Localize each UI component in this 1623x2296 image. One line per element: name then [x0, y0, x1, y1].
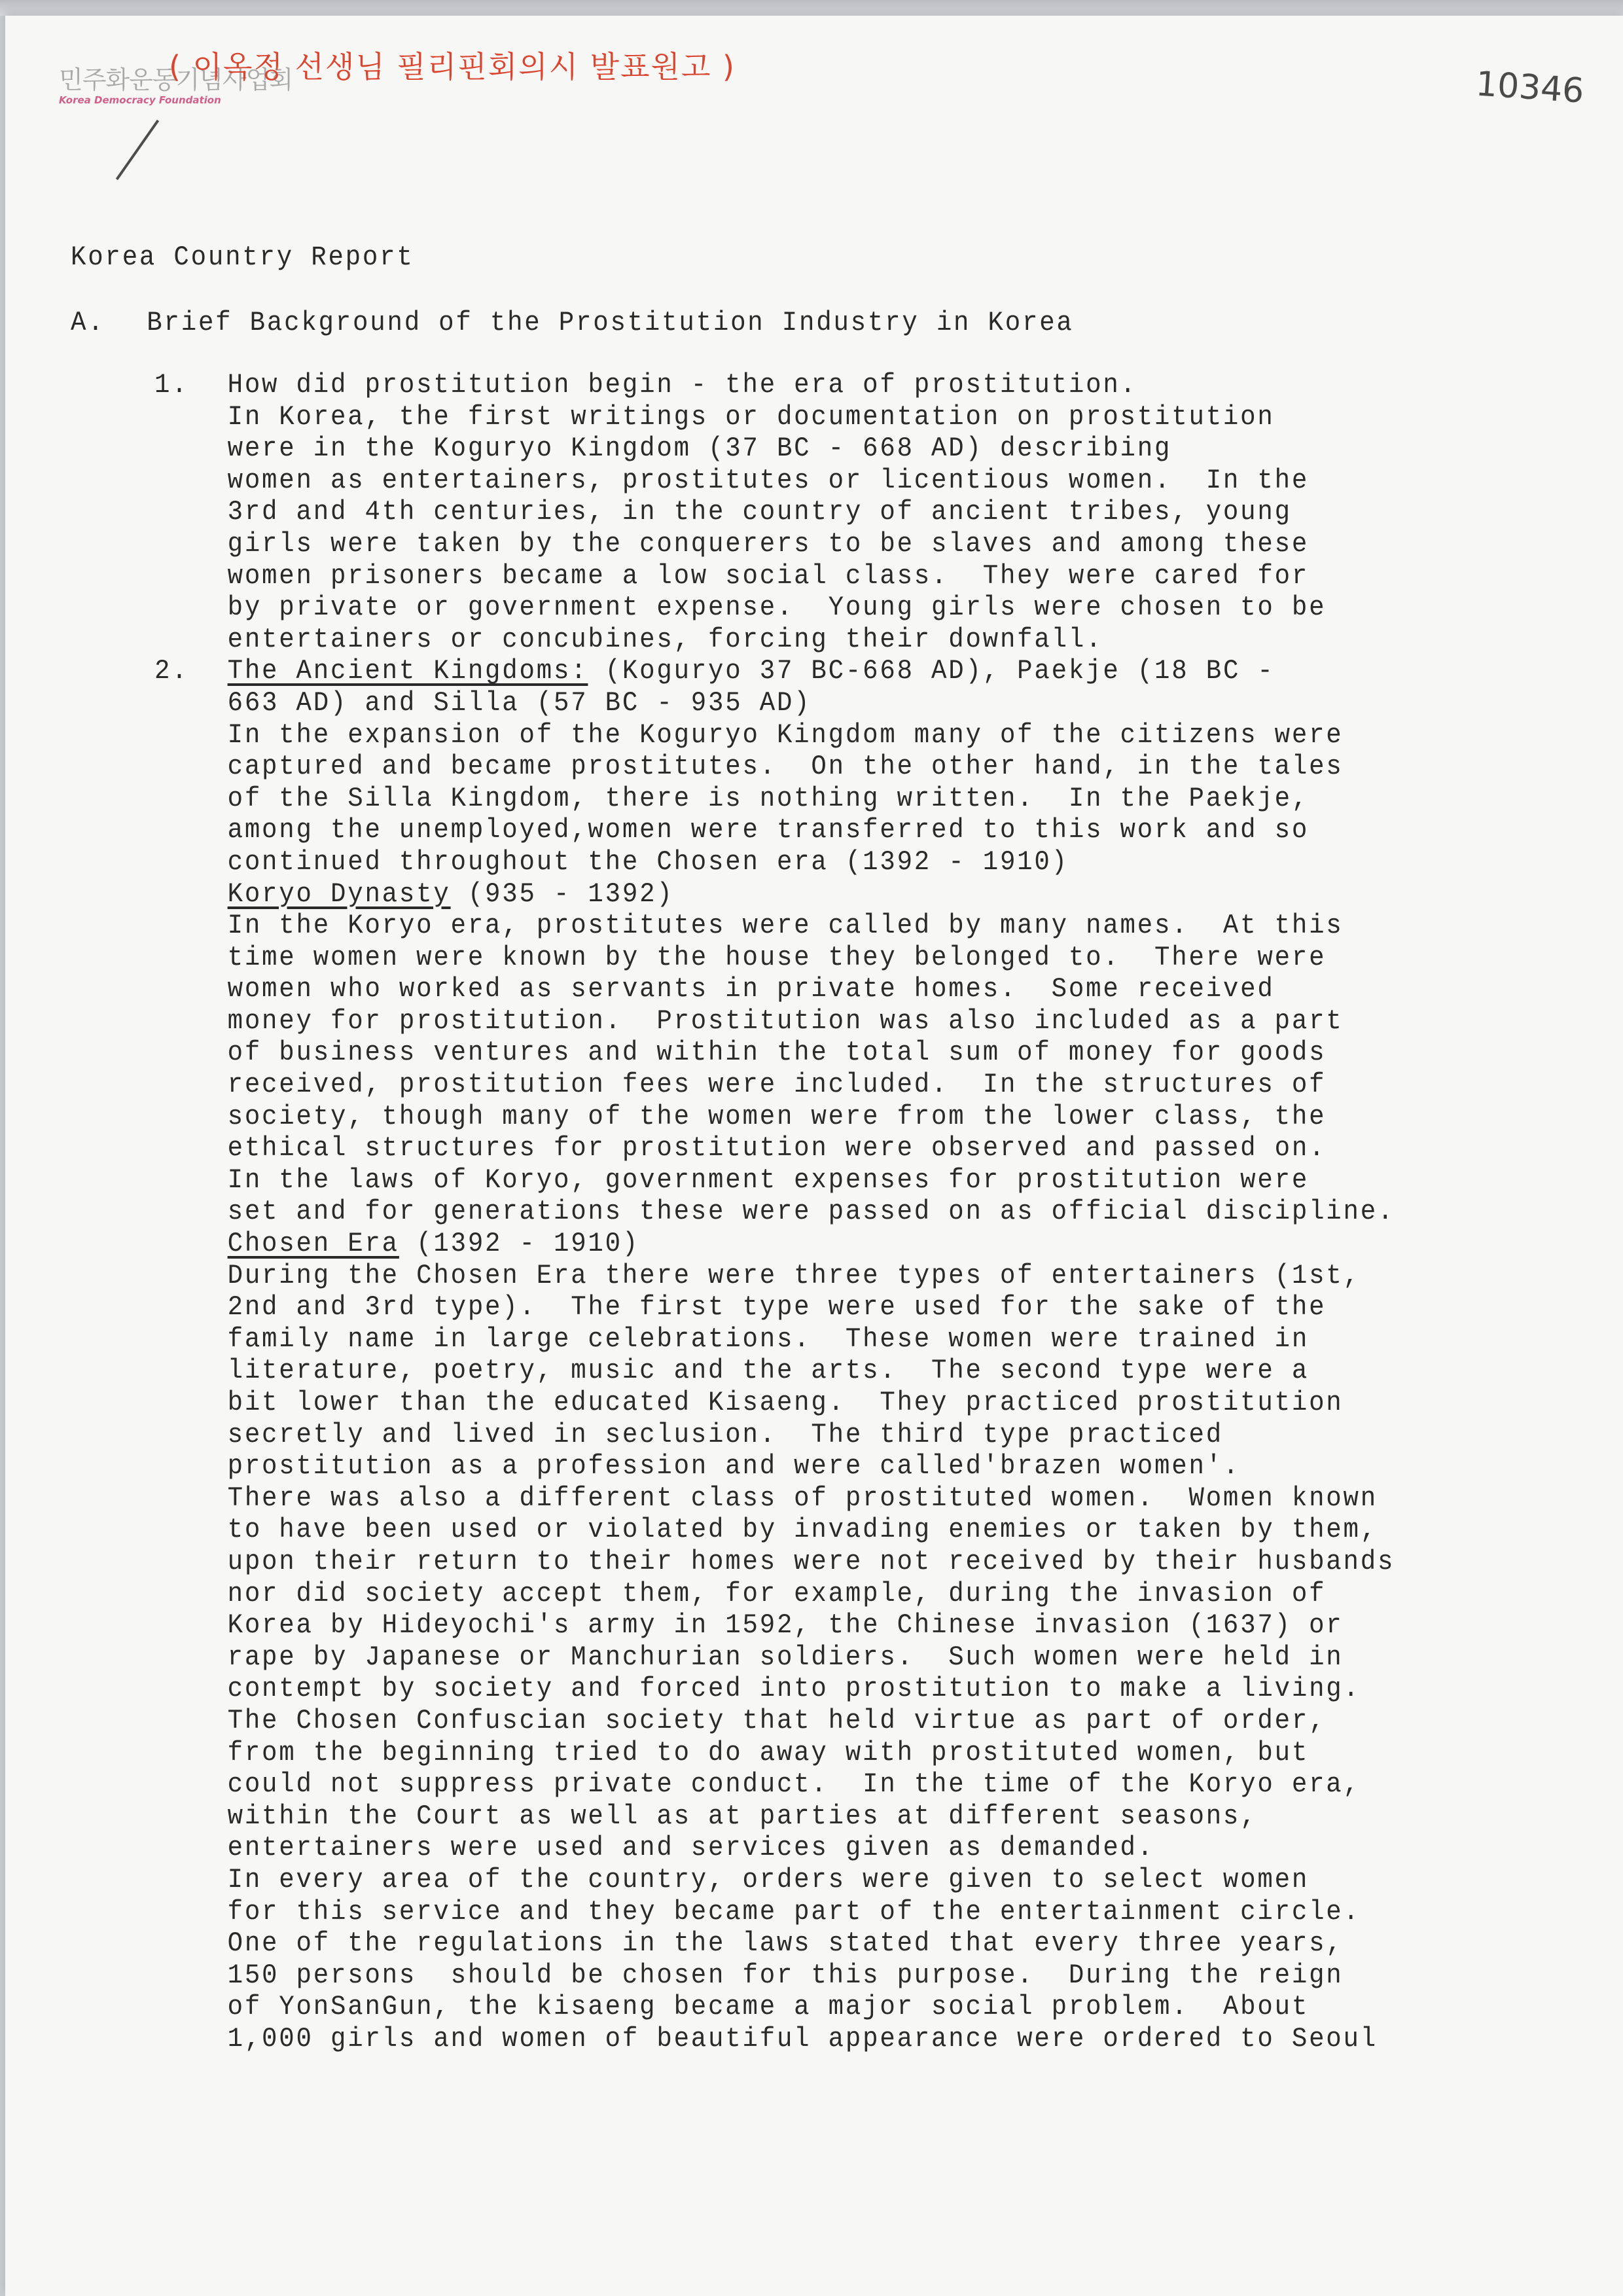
section-heading: A.Brief Background of the Prostitution I…: [71, 307, 1074, 338]
text-line: captured and became prostitutes. On the …: [228, 751, 1554, 783]
subheading-line: The Ancient Kingdoms: (Koguryo 37 BC-668…: [228, 655, 1554, 687]
text-line: prostitution as a profession and were ca…: [228, 1450, 1554, 1482]
text-line: by private or government expense. Young …: [228, 592, 1554, 624]
text-line: set and for generations these were passe…: [228, 1196, 1554, 1228]
handwritten-document-number: 10346: [1474, 64, 1585, 111]
subheading-dates: (1392 - 1910): [399, 1228, 639, 1259]
text-line: In the laws of Koryo, government expense…: [228, 1164, 1554, 1196]
text-line: were in the Koguryo Kingdom (37 BC - 668…: [228, 433, 1554, 465]
text-line: society, though many of the women were f…: [228, 1101, 1554, 1133]
text-line: women prisoners became a low social clas…: [228, 560, 1554, 592]
text-line: rape by Japanese or Manchurian soldiers.…: [228, 1641, 1554, 1674]
subheading-line-2: 663 AD) and Silla (57 BC - 935 AD): [228, 687, 1554, 719]
text-line: of the Silla Kingdom, there is nothing w…: [228, 783, 1554, 815]
text-line: How did prostitution begin - the era of …: [228, 369, 1554, 401]
text-line: In the expansion of the Koguryo Kingdom …: [228, 719, 1554, 751]
handwritten-red-note: ( 이옥정 선생님 필리핀회의시 발표원고 ): [169, 43, 736, 86]
document-page: 민주화운동기념사업회 Korea Democracy Foundation ( …: [5, 16, 1623, 2296]
numbered-list: 1. How did prostitution begin - the era …: [154, 369, 1554, 2054]
text-line: secretly and lived in seclusion. The thi…: [228, 1419, 1554, 1451]
subheading-chosen-era: Chosen Era: [228, 1228, 399, 1259]
text-line: women as entertainers, prostitutes or li…: [228, 465, 1554, 497]
text-line: In the Koryo era, prostitutes were calle…: [228, 910, 1554, 942]
text-line: Korea by Hideyochi's army in 1592, the C…: [228, 1609, 1554, 1641]
text-line: literature, poetry, music and the arts. …: [228, 1355, 1554, 1387]
watermark-english: Korea Democracy Foundation: [59, 94, 293, 106]
text-line: family name in large celebrations. These…: [228, 1323, 1554, 1355]
text-line: from the beginning tried to do away with…: [228, 1737, 1554, 1769]
text-line: bit lower than the educated Kisaeng. The…: [228, 1387, 1554, 1419]
scan-top-edge: [0, 0, 1623, 16]
text-line: received, prostitution fees were include…: [228, 1069, 1554, 1101]
text-line: women who worked as servants in private …: [228, 973, 1554, 1005]
text-line: time women were known by the house they …: [228, 942, 1554, 974]
subheading-line: Chosen Era (1392 - 1910): [228, 1228, 1554, 1260]
item-number: 1.: [154, 369, 188, 401]
subheading-ancient-kingdoms: The Ancient Kingdoms:: [228, 655, 588, 687]
text-line: contempt by society and forced into pros…: [228, 1673, 1554, 1705]
text-line: nor did society accept them, for example…: [228, 1578, 1554, 1610]
text-line: 150 persons should be chosen for this pu…: [228, 1960, 1554, 1992]
text-line: of business ventures and within the tota…: [228, 1037, 1554, 1069]
text-line: money for prostitution. Prostitution was…: [228, 1005, 1554, 1037]
item-number: 2.: [154, 655, 188, 687]
list-item-1: 1. How did prostitution begin - the era …: [154, 369, 1554, 655]
text-line: 3rd and 4th centuries, in the country of…: [228, 496, 1554, 528]
text-line: 2nd and 3rd type). The first type were u…: [228, 1291, 1554, 1323]
text-line: The Chosen Confuscian society that held …: [228, 1705, 1554, 1737]
page-title: Korea Country Report: [71, 242, 414, 273]
text-line: During the Chosen Era there were three t…: [228, 1260, 1554, 1292]
subheading-dates: (Koguryo 37 BC-668 AD), Paekje (18 BC -: [588, 655, 1274, 687]
text-line: entertainers were used and services give…: [228, 1832, 1554, 1864]
section-letter: A.: [71, 307, 147, 338]
subheading-dates: (935 - 1392): [451, 878, 674, 910]
text-line: In every area of the country, orders wer…: [228, 1864, 1554, 1896]
text-line: continued throughout the Chosen era (139…: [228, 846, 1554, 878]
text-line: for this service and they became part of…: [228, 1896, 1554, 1928]
ink-mark: [116, 120, 159, 180]
subheading-line: Koryo Dynasty (935 - 1392): [228, 878, 1554, 910]
text-line: ethical structures for prostitution were…: [228, 1132, 1554, 1164]
text-line: entertainers or concubines, forcing thei…: [228, 624, 1554, 656]
text-line: 1,000 girls and women of beautiful appea…: [228, 2023, 1554, 2055]
handwritten-note-text: ( 이옥정 선생님 필리핀회의시 발표원고 ): [169, 49, 736, 84]
text-line: to have been used or violated by invadin…: [228, 1514, 1554, 1546]
text-line: upon their return to their homes were no…: [228, 1546, 1554, 1578]
text-line: In Korea, the first writings or document…: [228, 401, 1554, 433]
text-line: There was also a different class of pros…: [228, 1482, 1554, 1515]
subheading-koryo-dynasty: Koryo Dynasty: [228, 878, 451, 910]
text-line: One of the regulations in the laws state…: [228, 1928, 1554, 1960]
section-heading-text: Brief Background of the Prostitution Ind…: [147, 307, 1073, 338]
text-line: girls were taken by the conquerers to be…: [228, 528, 1554, 560]
text-line: among the unemployed,women were transfer…: [228, 814, 1554, 846]
text-line: of YonSanGun, the kisaeng became a major…: [228, 1991, 1554, 2023]
text-line: within the Court as well as at parties a…: [228, 1801, 1554, 1833]
text-line: could not suppress private conduct. In t…: [228, 1768, 1554, 1801]
list-item-2: 2. The Ancient Kingdoms: (Koguryo 37 BC-…: [154, 655, 1554, 2054]
